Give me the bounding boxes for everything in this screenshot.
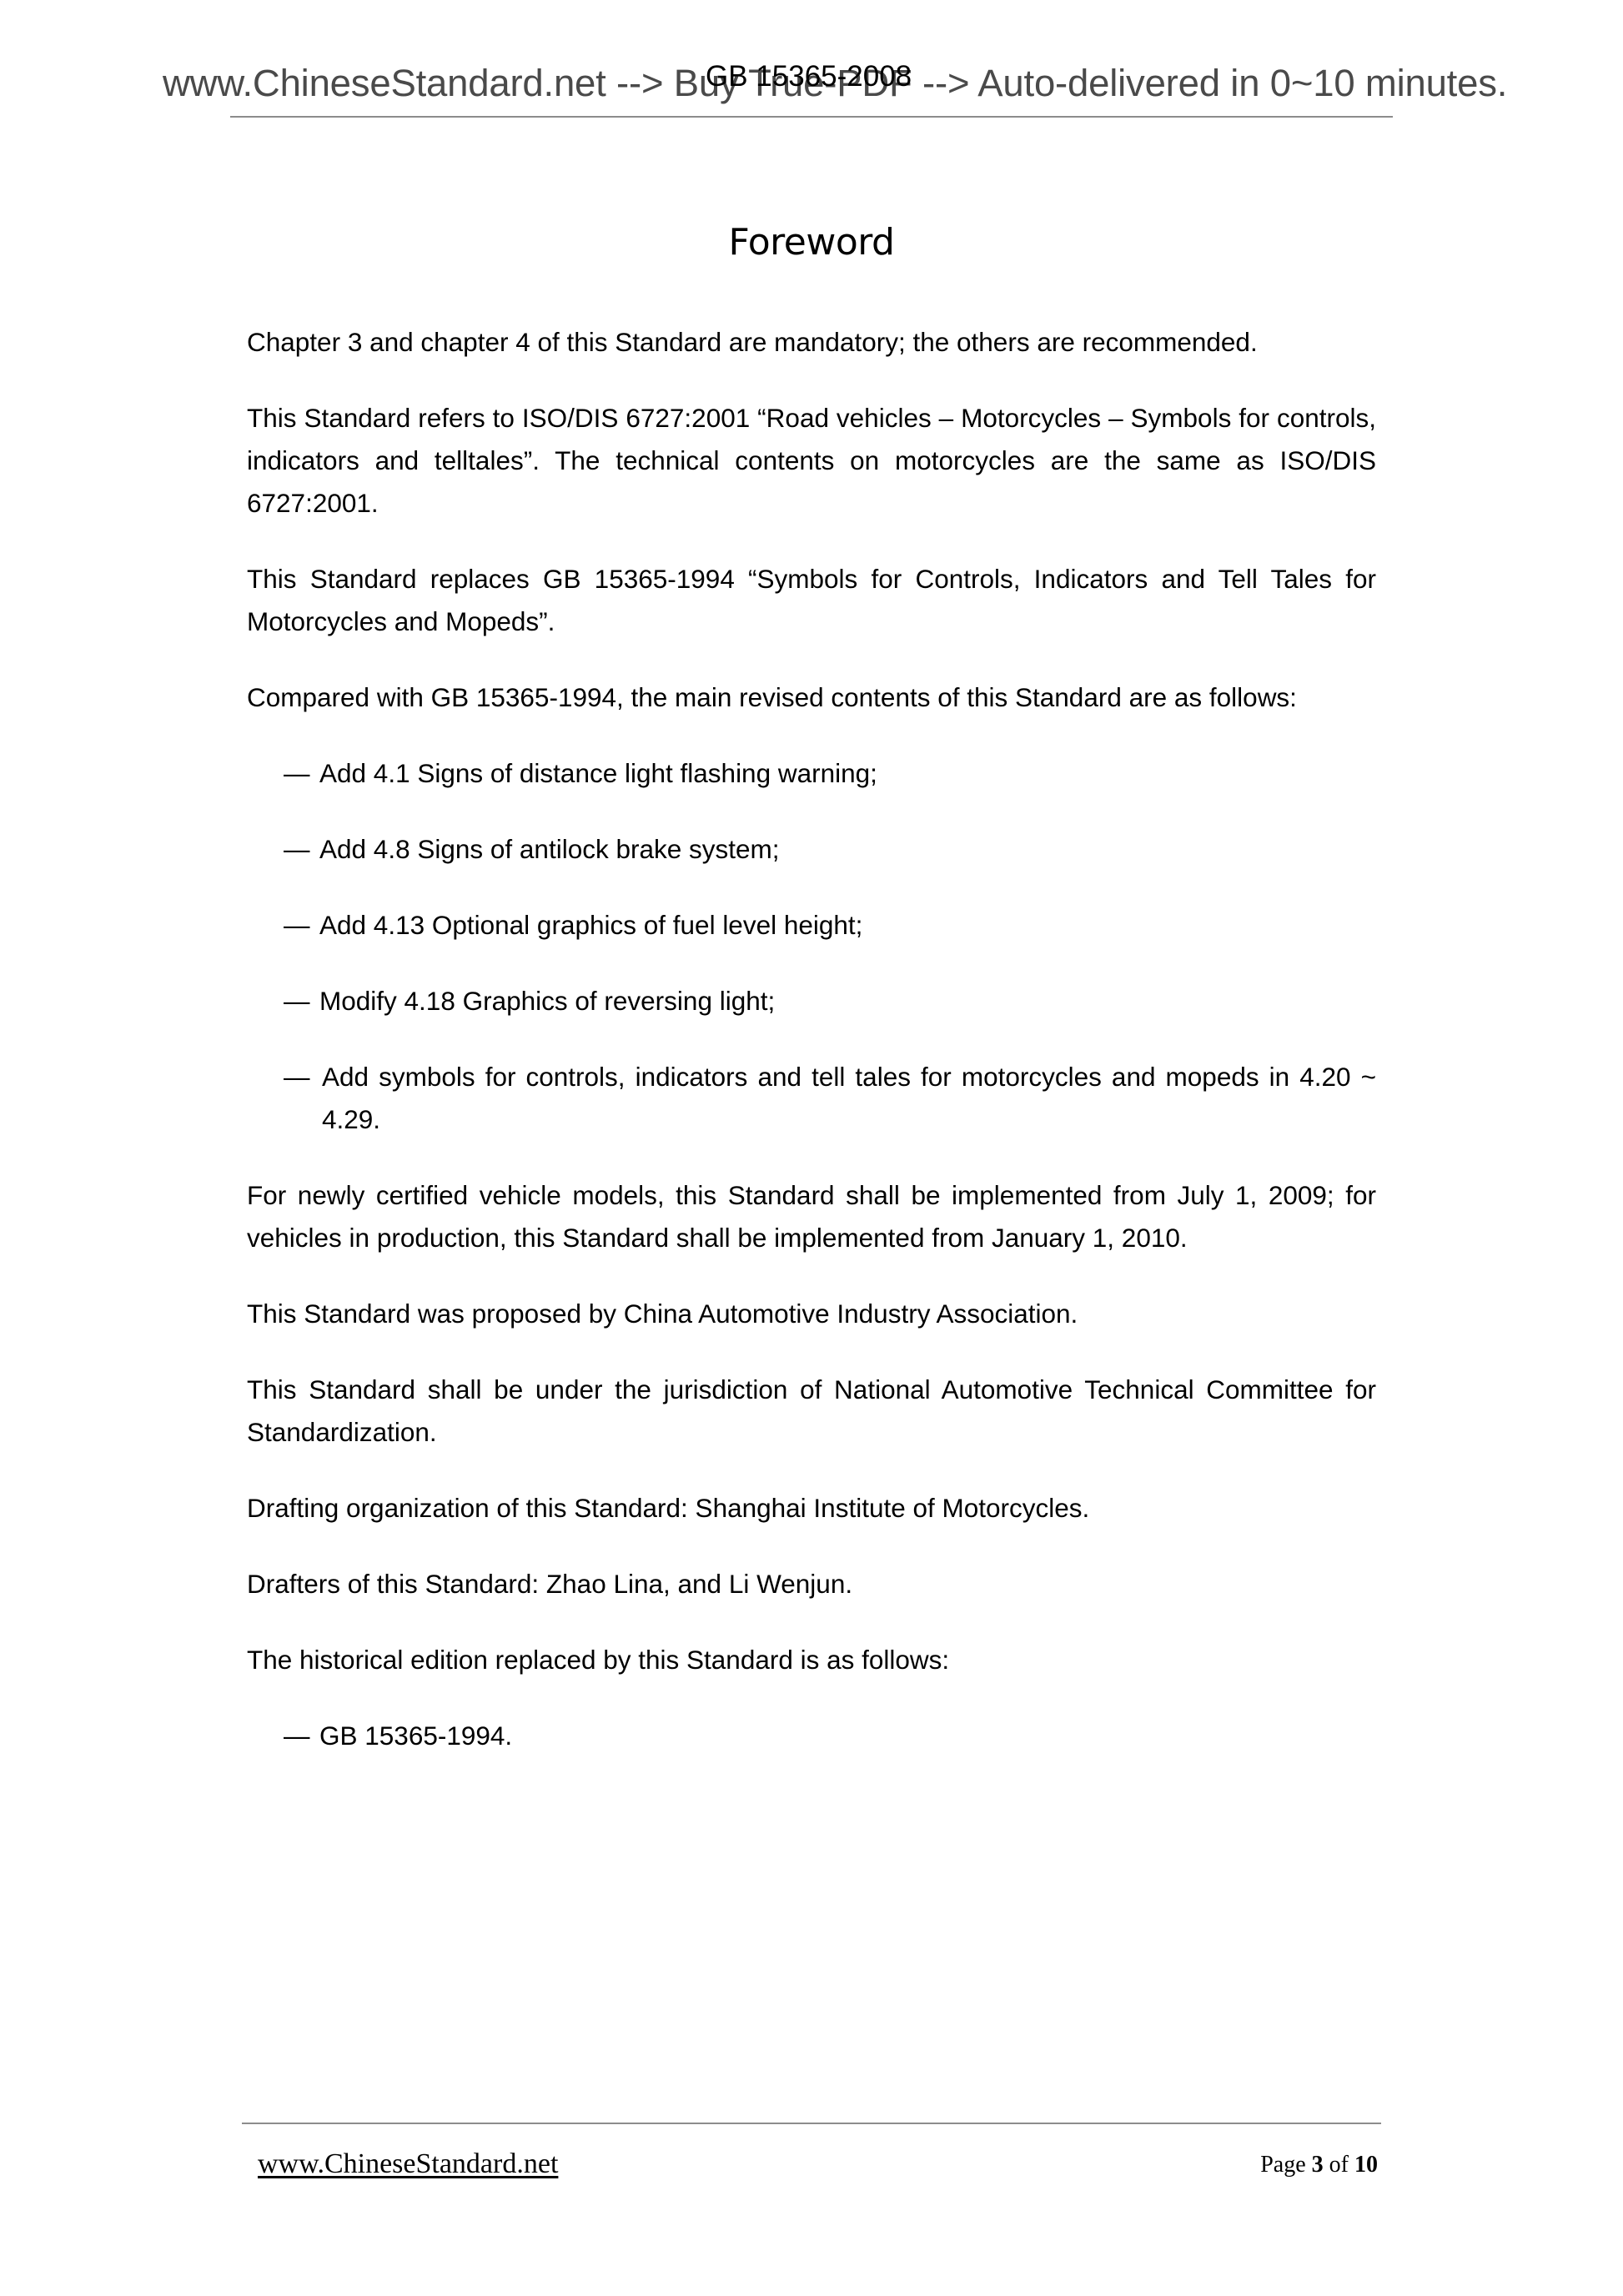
- revision-item: — Add 4.13 Optional graphics of fuel lev…: [247, 904, 1376, 947]
- revision-text: Modify 4.18 Graphics of reversing light;: [319, 986, 775, 1016]
- revision-item: — Modify 4.18 Graphics of reversing ligh…: [247, 980, 1376, 1022]
- paragraph-mandatory-chapters: Chapter 3 and chapter 4 of this Standard…: [247, 321, 1376, 364]
- historical-edition-text: GB 15365-1994.: [319, 1721, 512, 1751]
- paragraph-proposed-by: This Standard was proposed by China Auto…: [247, 1293, 1376, 1335]
- document-page: www.ChineseStandard.net --> Buy True-PDF…: [0, 0, 1623, 2296]
- paragraph-jurisdiction: This Standard shall be under the jurisdi…: [247, 1369, 1376, 1454]
- page-of: of: [1329, 2152, 1349, 2178]
- dash-bullet-icon: —: [284, 1056, 310, 1098]
- paragraph-historical-intro: The historical edition replaced by this …: [247, 1639, 1376, 1681]
- document-body: Chapter 3 and chapter 4 of this Standard…: [247, 321, 1376, 1791]
- paragraph-implementation-dates: For newly certified vehicle models, this…: [247, 1174, 1376, 1259]
- dash-bullet-icon: —: [284, 1715, 310, 1757]
- header-divider: [230, 116, 1393, 118]
- paragraph-iso-reference: This Standard refers to ISO/DIS 6727:200…: [247, 397, 1376, 525]
- revision-item: — Add 4.1 Signs of distance light flashi…: [247, 752, 1376, 795]
- revision-item: — Add symbols for controls, indicators a…: [247, 1056, 1376, 1141]
- paragraph-drafters: Drafters of this Standard: Zhao Lina, an…: [247, 1563, 1376, 1605]
- page-total: 10: [1354, 2152, 1378, 2178]
- footer-divider: [242, 2123, 1381, 2124]
- dash-bullet-icon: —: [284, 752, 310, 795]
- revision-text: Add 4.8 Signs of antilock brake system;: [319, 834, 780, 864]
- footer-website-link[interactable]: www.ChineseStandard.net: [258, 2147, 558, 2182]
- paragraph-replaces: This Standard replaces GB 15365-1994 “Sy…: [247, 558, 1376, 643]
- dash-bullet-icon: —: [284, 980, 310, 1022]
- page-current: 3: [1312, 2152, 1324, 2178]
- page-prefix: Page: [1260, 2152, 1305, 2178]
- page-title: Foreword: [0, 214, 1623, 272]
- revision-text: Add symbols for controls, indicators and…: [322, 1062, 1376, 1134]
- revision-text: Add 4.1 Signs of distance light flashing…: [319, 758, 877, 788]
- revision-text: Add 4.13 Optional graphics of fuel level…: [319, 910, 862, 940]
- dash-bullet-icon: —: [284, 828, 310, 871]
- standard-code: GB 15365-2008: [706, 58, 912, 95]
- dash-bullet-icon: —: [284, 904, 310, 947]
- revision-item: — Add 4.8 Signs of antilock brake system…: [247, 828, 1376, 871]
- page-number: Page 3 of 10: [1260, 2150, 1378, 2180]
- paragraph-drafting-organization: Drafting organization of this Standard: …: [247, 1487, 1376, 1530]
- paragraph-revisions-intro: Compared with GB 15365-1994, the main re…: [247, 676, 1376, 719]
- historical-edition-item: — GB 15365-1994.: [247, 1715, 1376, 1757]
